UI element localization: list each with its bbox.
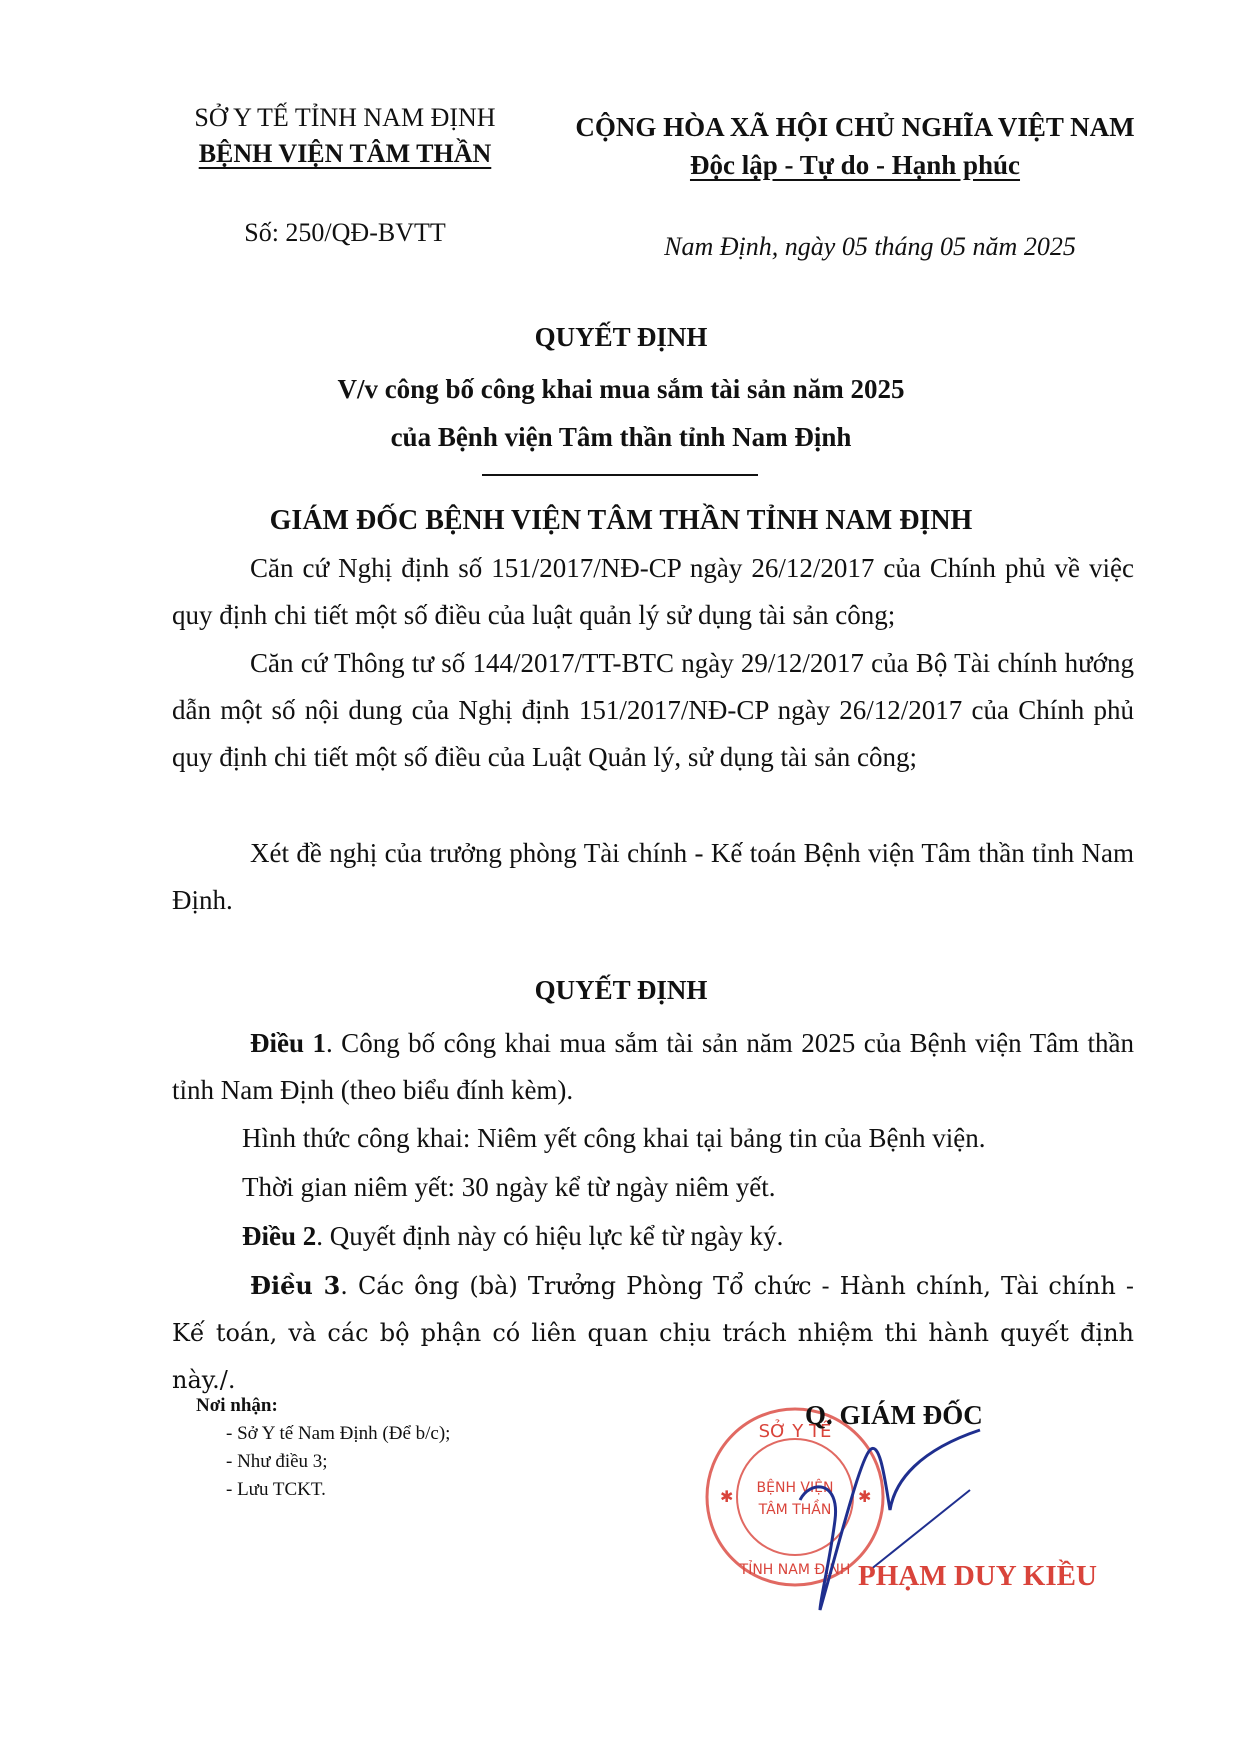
recipient-item: - Như điều 3; [196,1448,450,1476]
article-2: Điều 2. Quyết định này có hiệu lực kể từ… [172,1213,1204,1260]
basis-3: Xét đề nghị của trưởng phòng Tài chính -… [172,830,1134,924]
subject-line-2: của Bệnh viện Tâm thần tỉnh Nam Định [0,422,1242,453]
motto: Độc lập - Tự do - Hạnh phúc [565,146,1145,184]
article-1: Điều 1. Công bố công khai mua sắm tài sả… [172,1020,1134,1114]
svg-text:✱: ✱ [720,1489,733,1506]
article-1-label: Điều 1 [250,1028,326,1058]
title-divider [482,474,758,476]
issuing-agency: SỞ Y TẾ TỈNH NAM ĐỊNH BỆNH VIỆN TÂM THẦN [160,100,530,172]
recipients-heading: Nơi nhận: [196,1392,450,1420]
recipients: Nơi nhận: - Sở Y tế Nam Định (Để b/c); -… [196,1392,450,1504]
parent-agency: SỞ Y TẾ TỈNH NAM ĐỊNH [160,100,530,136]
issue-date: Nam Định, ngày 05 tháng 05 năm 2025 [600,232,1140,262]
article-3: Điều 3. Các ông (bà) Trưởng Phòng Tổ chứ… [172,1262,1134,1404]
basis-1: Căn cứ Nghị định số 151/2017/NĐ-CP ngày … [172,545,1134,639]
article-1-form: Hình thức công khai: Niêm yết công khai … [172,1115,1204,1162]
article-2-text: . Quyết định này có hiệu lực kể từ ngày … [316,1221,783,1251]
document-type: QUYẾT ĐỊNH [0,322,1242,353]
recipient-item: - Sở Y tế Nam Định (Để b/c); [196,1420,450,1448]
recipient-item: - Lưu TCKT. [196,1476,450,1504]
article-2-label: Điều 2 [242,1221,316,1251]
document-number: Số: 250/QĐ-BVTT [160,218,530,248]
authority-heading: GIÁM ĐỐC BỆNH VIỆN TÂM THẦN TỈNH NAM ĐỊN… [0,505,1242,537]
decision-heading: QUYẾT ĐỊNH [0,975,1242,1006]
national-motto: CỘNG HÒA XÃ HỘI CHỦ NGHĨA VIỆT NAM Độc l… [565,108,1145,184]
basis-2: Căn cứ Thông tư số 144/2017/TT-BTC ngày … [172,640,1134,781]
signer-name: PHẠM DUY KIỀU [858,1560,1097,1593]
subject-line-1: V/v công bố công khai mua sắm tài sản nă… [0,374,1242,405]
article-1-time: Thời gian niêm yết: 30 ngày kể từ ngày n… [172,1164,1204,1211]
country-name: CỘNG HÒA XÃ HỘI CHỦ NGHĨA VIỆT NAM [565,108,1145,146]
article-3-label: Điều 3 [250,1271,340,1300]
signer-title: Q. GIÁM ĐỐC [805,1400,983,1431]
agency-name: BỆNH VIỆN TÂM THẦN [160,136,530,172]
